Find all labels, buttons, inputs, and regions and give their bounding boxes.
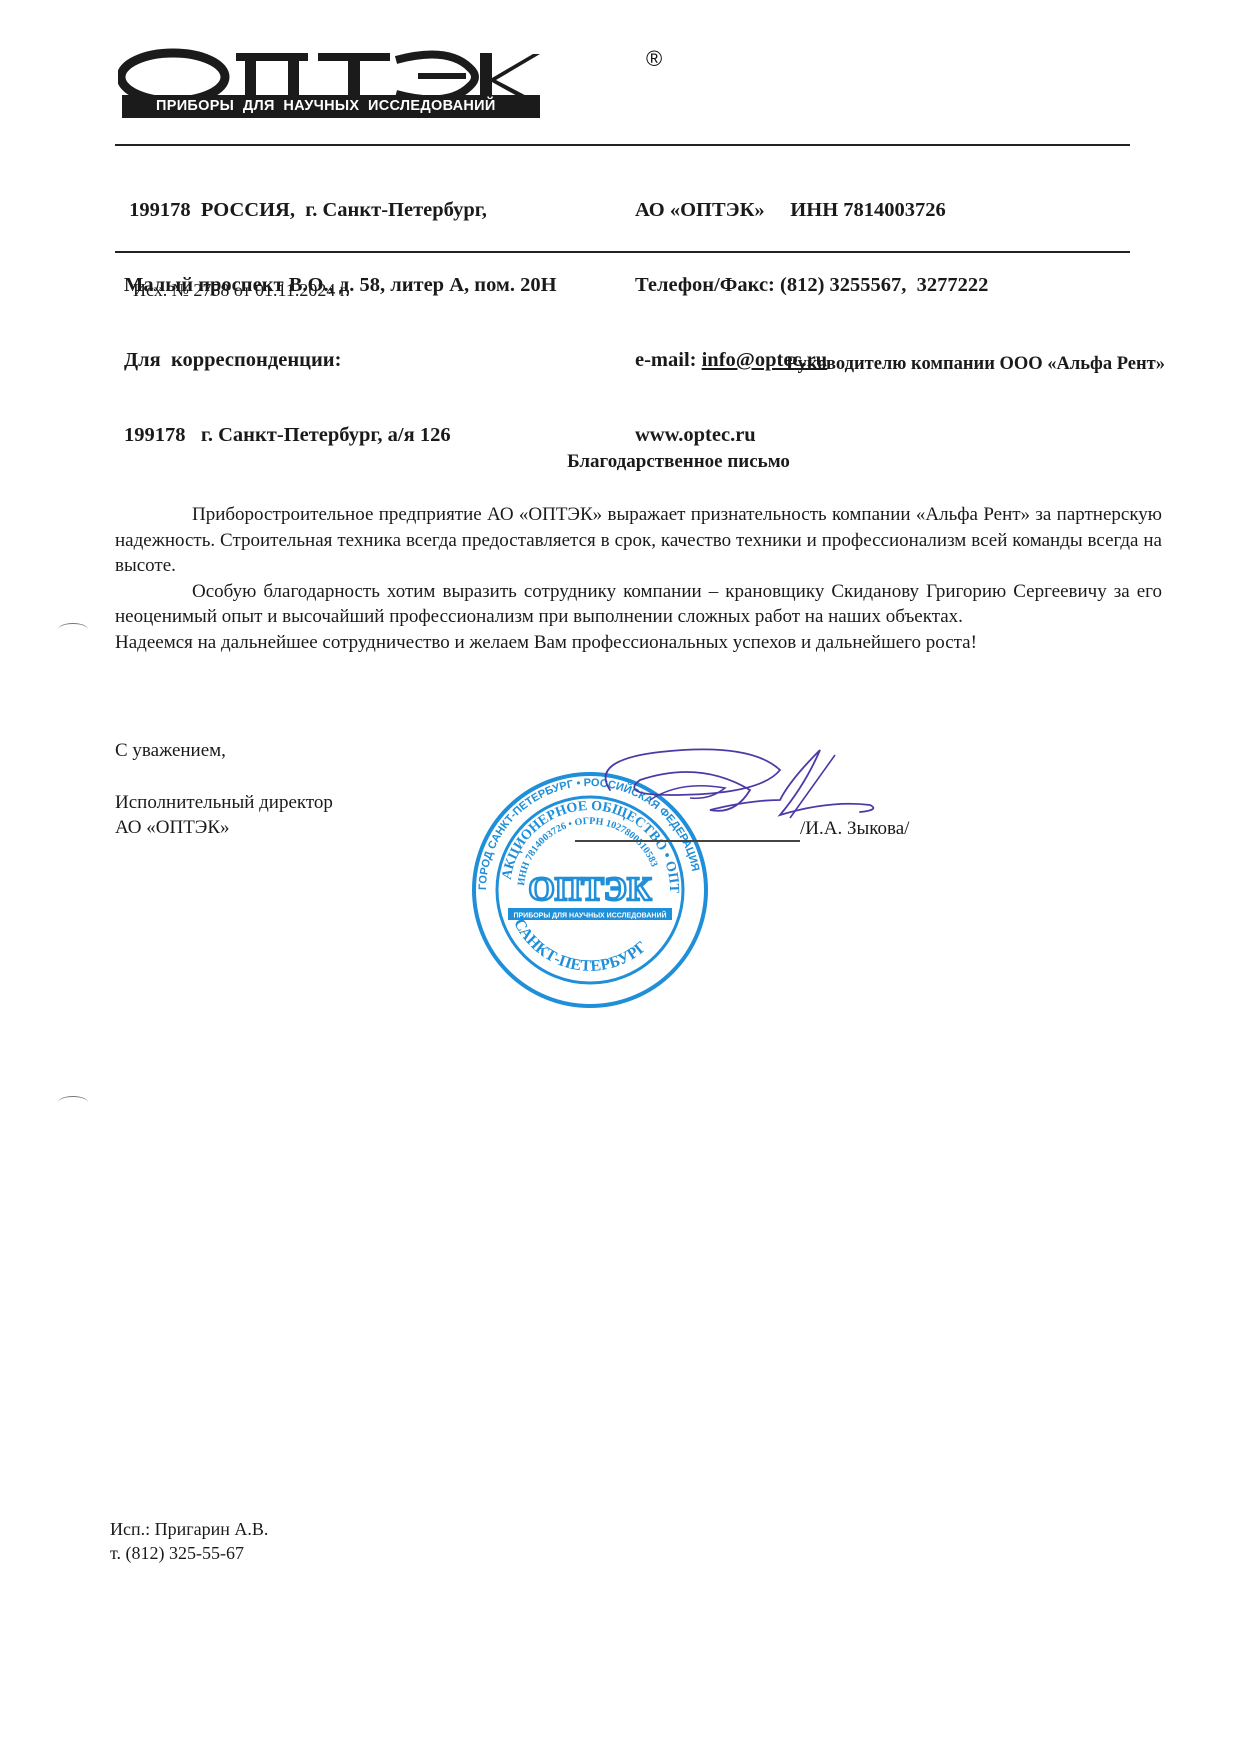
stamp-tagline: ПРИБОРЫ ДЛЯ НАУЧНЫХ ИССЛЕДОВАНИЙ	[513, 911, 666, 920]
punch-hole-mark	[58, 1096, 88, 1109]
closing-phrase: С уважением,	[115, 738, 226, 763]
company-inn: АО «ОПТЭК» ИНН 7814003726	[635, 198, 988, 223]
stamp-logo: ОПТЭК	[528, 871, 652, 908]
letter-body: Приборостроительное предприятие АО «ОПТЭ…	[115, 502, 1162, 655]
position-title: Исполнительный директор	[115, 790, 333, 815]
phone-fax: Телефон/Факс: (812) 3255567, 3277222	[635, 273, 988, 298]
addressee: Руководителю компании ООО «Альфа Рент»	[786, 354, 1165, 375]
signatory-name: /И.А. Зыкова/	[800, 818, 909, 840]
executor-info: Исп.: Пригарин А.В. т. (812) 325-55-67	[110, 1517, 268, 1565]
logo-tagline: ПРИБОРЫ ДЛЯ НАУЧНЫХ ИССЛЕДОВАНИЙ	[156, 98, 496, 114]
letter-title: Благодарственное письмо	[0, 451, 1240, 473]
header-rule-top	[115, 144, 1130, 146]
registered-mark-icon: ®	[646, 46, 662, 72]
email-label: e-mail:	[635, 349, 702, 371]
header-contacts: АО «ОПТЭК» ИНН 7814003726 Телефон/Факс: …	[635, 148, 988, 473]
executor-name: Исп.: Пригарин А.В.	[110, 1517, 268, 1541]
logo-tagline-band: ПРИБОРЫ ДЛЯ НАУЧНЫХ ИССЛЕДОВАНИЙ	[122, 95, 540, 118]
outgoing-reference: Исх. № 2758 от 01.11.2024 г.	[133, 280, 350, 301]
body-paragraph: Особую благодарность хотим выразить сотр…	[115, 579, 1162, 630]
address-line: 199178 г. Санкт-Петербург, а/я 126	[124, 423, 557, 448]
body-paragraph: Надеемся на дальнейшее сотрудничество и …	[115, 630, 1162, 656]
position-company: АО «ОПТЭК»	[115, 815, 333, 840]
executor-phone: т. (812) 325-55-67	[110, 1541, 268, 1565]
punch-hole-mark	[58, 623, 88, 636]
address-line: 199178 РОССИЯ, г. Санкт-Петербург,	[124, 198, 557, 223]
header-address: 199178 РОССИЯ, г. Санкт-Петербург, Малый…	[124, 148, 557, 473]
address-line: Для корреспонденции:	[124, 348, 557, 373]
body-paragraph: Приборостроительное предприятие АО «ОПТЭ…	[115, 502, 1162, 579]
signatory-position: Исполнительный директор АО «ОПТЭК»	[115, 790, 333, 840]
svg-text:САНКТ-ПЕТЕРБУРГ: САНКТ-ПЕТЕРБУРГ	[510, 916, 650, 975]
website-link[interactable]: www.optec.ru	[635, 423, 988, 448]
stamp-city: САНКТ-ПЕТЕРБУРГ	[510, 916, 650, 975]
signature-line	[575, 840, 800, 842]
